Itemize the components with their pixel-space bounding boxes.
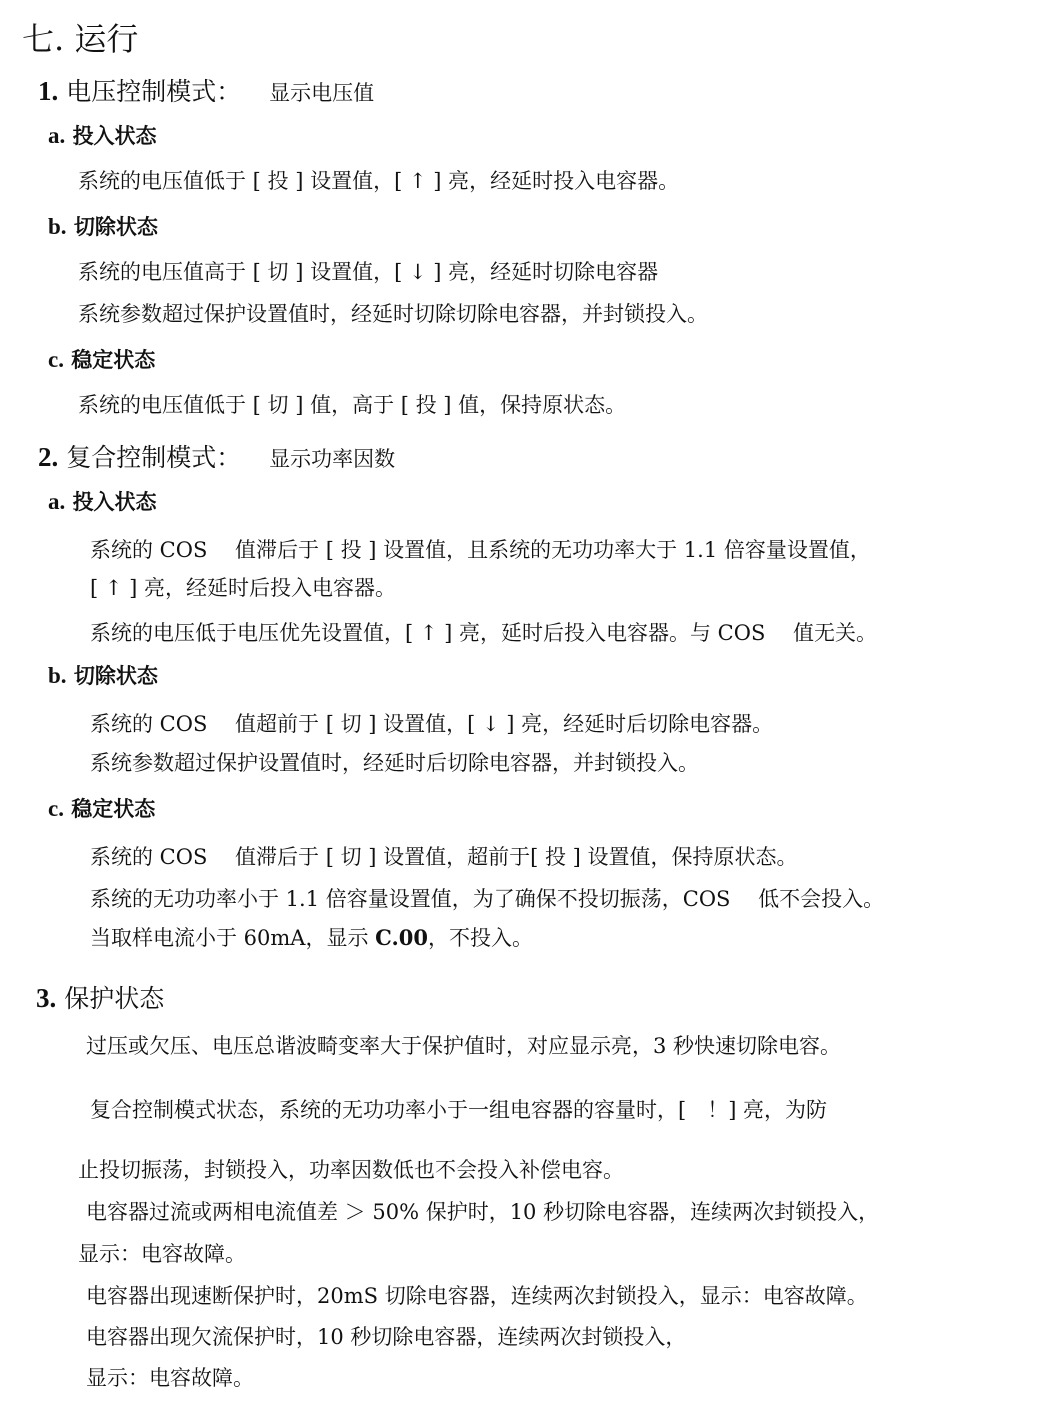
paragraph-line: 当取样电流小于 60mA，显示 C.00，不投入。 bbox=[90, 922, 533, 952]
subsection-title: 投入状态 bbox=[73, 489, 157, 514]
subsection-title: 稳定状态 bbox=[71, 796, 155, 821]
paragraph-line: 电容器出现速断保护时，20mS 切除电容器，连续两次封锁投入，显示：电容故障。 bbox=[86, 1280, 868, 1310]
paragraph-line: 复合控制模式状态，系统的无功功率小于一组电容器的容量时，[ ！] 亮，为防 bbox=[90, 1094, 827, 1124]
subsection-letter: a. bbox=[48, 489, 65, 514]
section-number: 2. bbox=[38, 442, 58, 472]
display-code: C.00 bbox=[375, 925, 428, 950]
section-title: 电压控制模式： bbox=[66, 77, 241, 106]
subsection-title: 切除状态 bbox=[74, 214, 158, 239]
section-title: 复合控制模式： bbox=[66, 443, 241, 472]
subsection-1b-heading: b. 切除状态 bbox=[48, 211, 158, 241]
subsection-letter: b. bbox=[48, 214, 67, 239]
subsection-letter: c. bbox=[48, 347, 64, 372]
paragraph-line: 系统的 COS 值超前于 [ 切 ] 设置值，[ ↓ ] 亮，经延时后切除电容器… bbox=[90, 708, 773, 738]
subsection-title: 稳定状态 bbox=[71, 347, 155, 372]
section-title: 保护状态 bbox=[64, 984, 164, 1013]
text-run: 当取样电流小于 60mA，显示 bbox=[90, 926, 375, 950]
paragraph-line: 电容器过流或两相电流值差 ＞ 50% 保护时，10 秒切除电容器，连续两次封锁投… bbox=[86, 1196, 879, 1226]
subsection-2a-heading: a. 投入状态 bbox=[48, 486, 157, 516]
paragraph-line: 系统的无功功率小于 1.1 倍容量设置值，为了确保不投切振荡，COS 低不会投入… bbox=[90, 883, 884, 913]
subsection-2c-heading: c. 稳定状态 bbox=[48, 793, 155, 823]
subsection-2b-heading: b. 切除状态 bbox=[48, 660, 158, 690]
subsection-letter: a. bbox=[48, 123, 65, 148]
subsection-1a-heading: a. 投入状态 bbox=[48, 120, 157, 150]
paragraph-line: 电容器出现欠流保护时，10 秒切除电容器，连续两次封锁投入， bbox=[86, 1321, 686, 1351]
section-number: 1. bbox=[38, 76, 58, 106]
section-subtitle: 显示功率因数 bbox=[269, 447, 395, 471]
subsection-title: 投入状态 bbox=[73, 123, 157, 148]
subsection-letter: c. bbox=[48, 796, 64, 821]
paragraph-line: 系统的 COS 值滞后于 [ 切 ] 设置值，超前于[ 投 ] 设置值，保持原状… bbox=[90, 841, 798, 871]
paragraph-line: 系统参数超过保护设置值时，经延时后切除电容器，并封锁投入。 bbox=[90, 747, 699, 777]
paragraph-line: 过压或欠压、电压总谐波畸变率大于保护值时，对应显示亮，3 秒快速切除电容。 bbox=[86, 1030, 841, 1060]
section-number: 3. bbox=[36, 983, 56, 1013]
paragraph-line: 止投切振荡，封锁投入，功率因数低也不会投入补偿电容。 bbox=[78, 1154, 624, 1184]
paragraph-line: 系统的 COS 值滞后于 [ 投 ] 设置值，且系统的无功功率大于 1.1 倍容… bbox=[90, 534, 871, 564]
text-run: ，不投入。 bbox=[428, 926, 533, 950]
subsection-1c-heading: c. 稳定状态 bbox=[48, 344, 155, 374]
subsection-letter: b. bbox=[48, 663, 67, 688]
section-2-heading: 2. 复合控制模式： 显示功率因数 bbox=[38, 438, 395, 474]
chapter-title: 七. 运行 bbox=[22, 14, 138, 60]
subsection-title: 切除状态 bbox=[74, 663, 158, 688]
paragraph-line: 系统的电压值低于 [ 切 ] 值，高于 [ 投 ] 值，保持原状态。 bbox=[78, 389, 626, 419]
paragraph-line: 系统参数超过保护设置值时，经延时切除切除电容器，并封锁投入。 bbox=[78, 298, 708, 328]
paragraph-line: 系统的电压值低于 [ 投 ] 设置值，[ ↑ ] 亮，经延时投入电容器。 bbox=[78, 165, 679, 195]
paragraph-line: 系统的电压低于电压优先设置值，[ ↑ ] 亮，延时后投入电容器。与 COS 值无… bbox=[90, 617, 877, 647]
paragraph-line: 显示：电容故障。 bbox=[86, 1362, 254, 1392]
paragraph-line: [ ↑ ] 亮，经延时后投入电容器。 bbox=[90, 572, 396, 602]
section-1-heading: 1. 电压控制模式： 显示电压值 bbox=[38, 72, 374, 108]
paragraph-line: 系统的电压值高于 [ 切 ] 设置值，[ ↓ ] 亮，经延时切除电容器 bbox=[78, 256, 658, 286]
paragraph-line: 显示：电容故障。 bbox=[78, 1238, 246, 1268]
section-3-heading: 3. 保护状态 bbox=[36, 979, 164, 1015]
section-subtitle: 显示电压值 bbox=[269, 81, 374, 105]
